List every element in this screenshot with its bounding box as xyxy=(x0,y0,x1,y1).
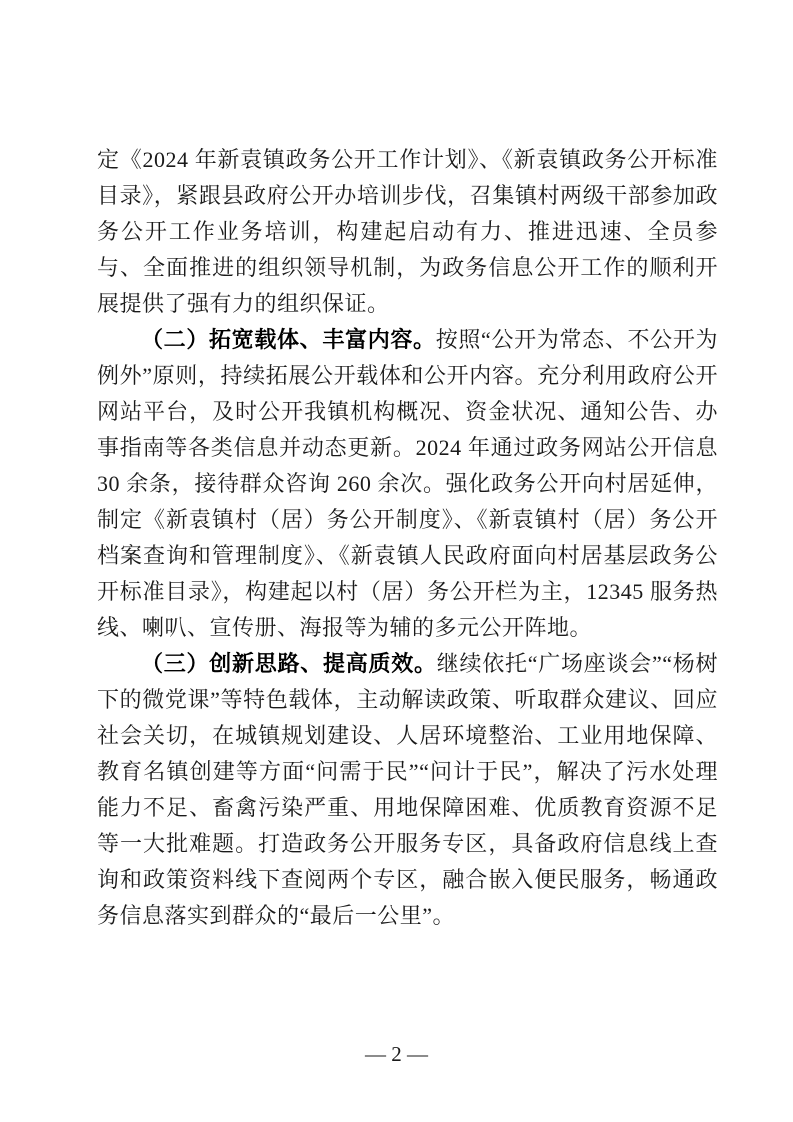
section-body-3: 继续依托“广场座谈会”“杨树下的微党课”等特色载体，主动解读政策、听取群众建议、… xyxy=(97,651,718,928)
paragraph-section-2: （二）拓宽载体、丰富内容。按照“公开为常态、不公开为例外”原则，持续拓展公开载体… xyxy=(97,322,718,646)
section-heading-3: （三）创新思路、提高质效。 xyxy=(141,651,437,676)
document-body: 定《2024 年新袁镇政务公开工作计划》、《新袁镇政务公开标准目录》，紧跟县政府… xyxy=(97,142,718,934)
section-body-2: 按照“公开为常态、不公开为例外”原则，持续拓展公开载体和公开内容。充分利用政府公… xyxy=(97,327,718,640)
paragraph-section-3: （三）创新思路、提高质效。继续依托“广场座谈会”“杨树下的微党课”等特色载体，主… xyxy=(97,646,718,934)
document-page: 定《2024 年新袁镇政务公开工作计划》、《新袁镇政务公开标准目录》，紧跟县政府… xyxy=(0,0,793,1122)
paragraph-continuation: 定《2024 年新袁镇政务公开工作计划》、《新袁镇政务公开标准目录》，紧跟县政府… xyxy=(97,142,718,322)
section-heading-2: （二）拓宽载体、丰富内容。 xyxy=(141,327,436,352)
page-number: — 2 — xyxy=(0,1040,793,1068)
